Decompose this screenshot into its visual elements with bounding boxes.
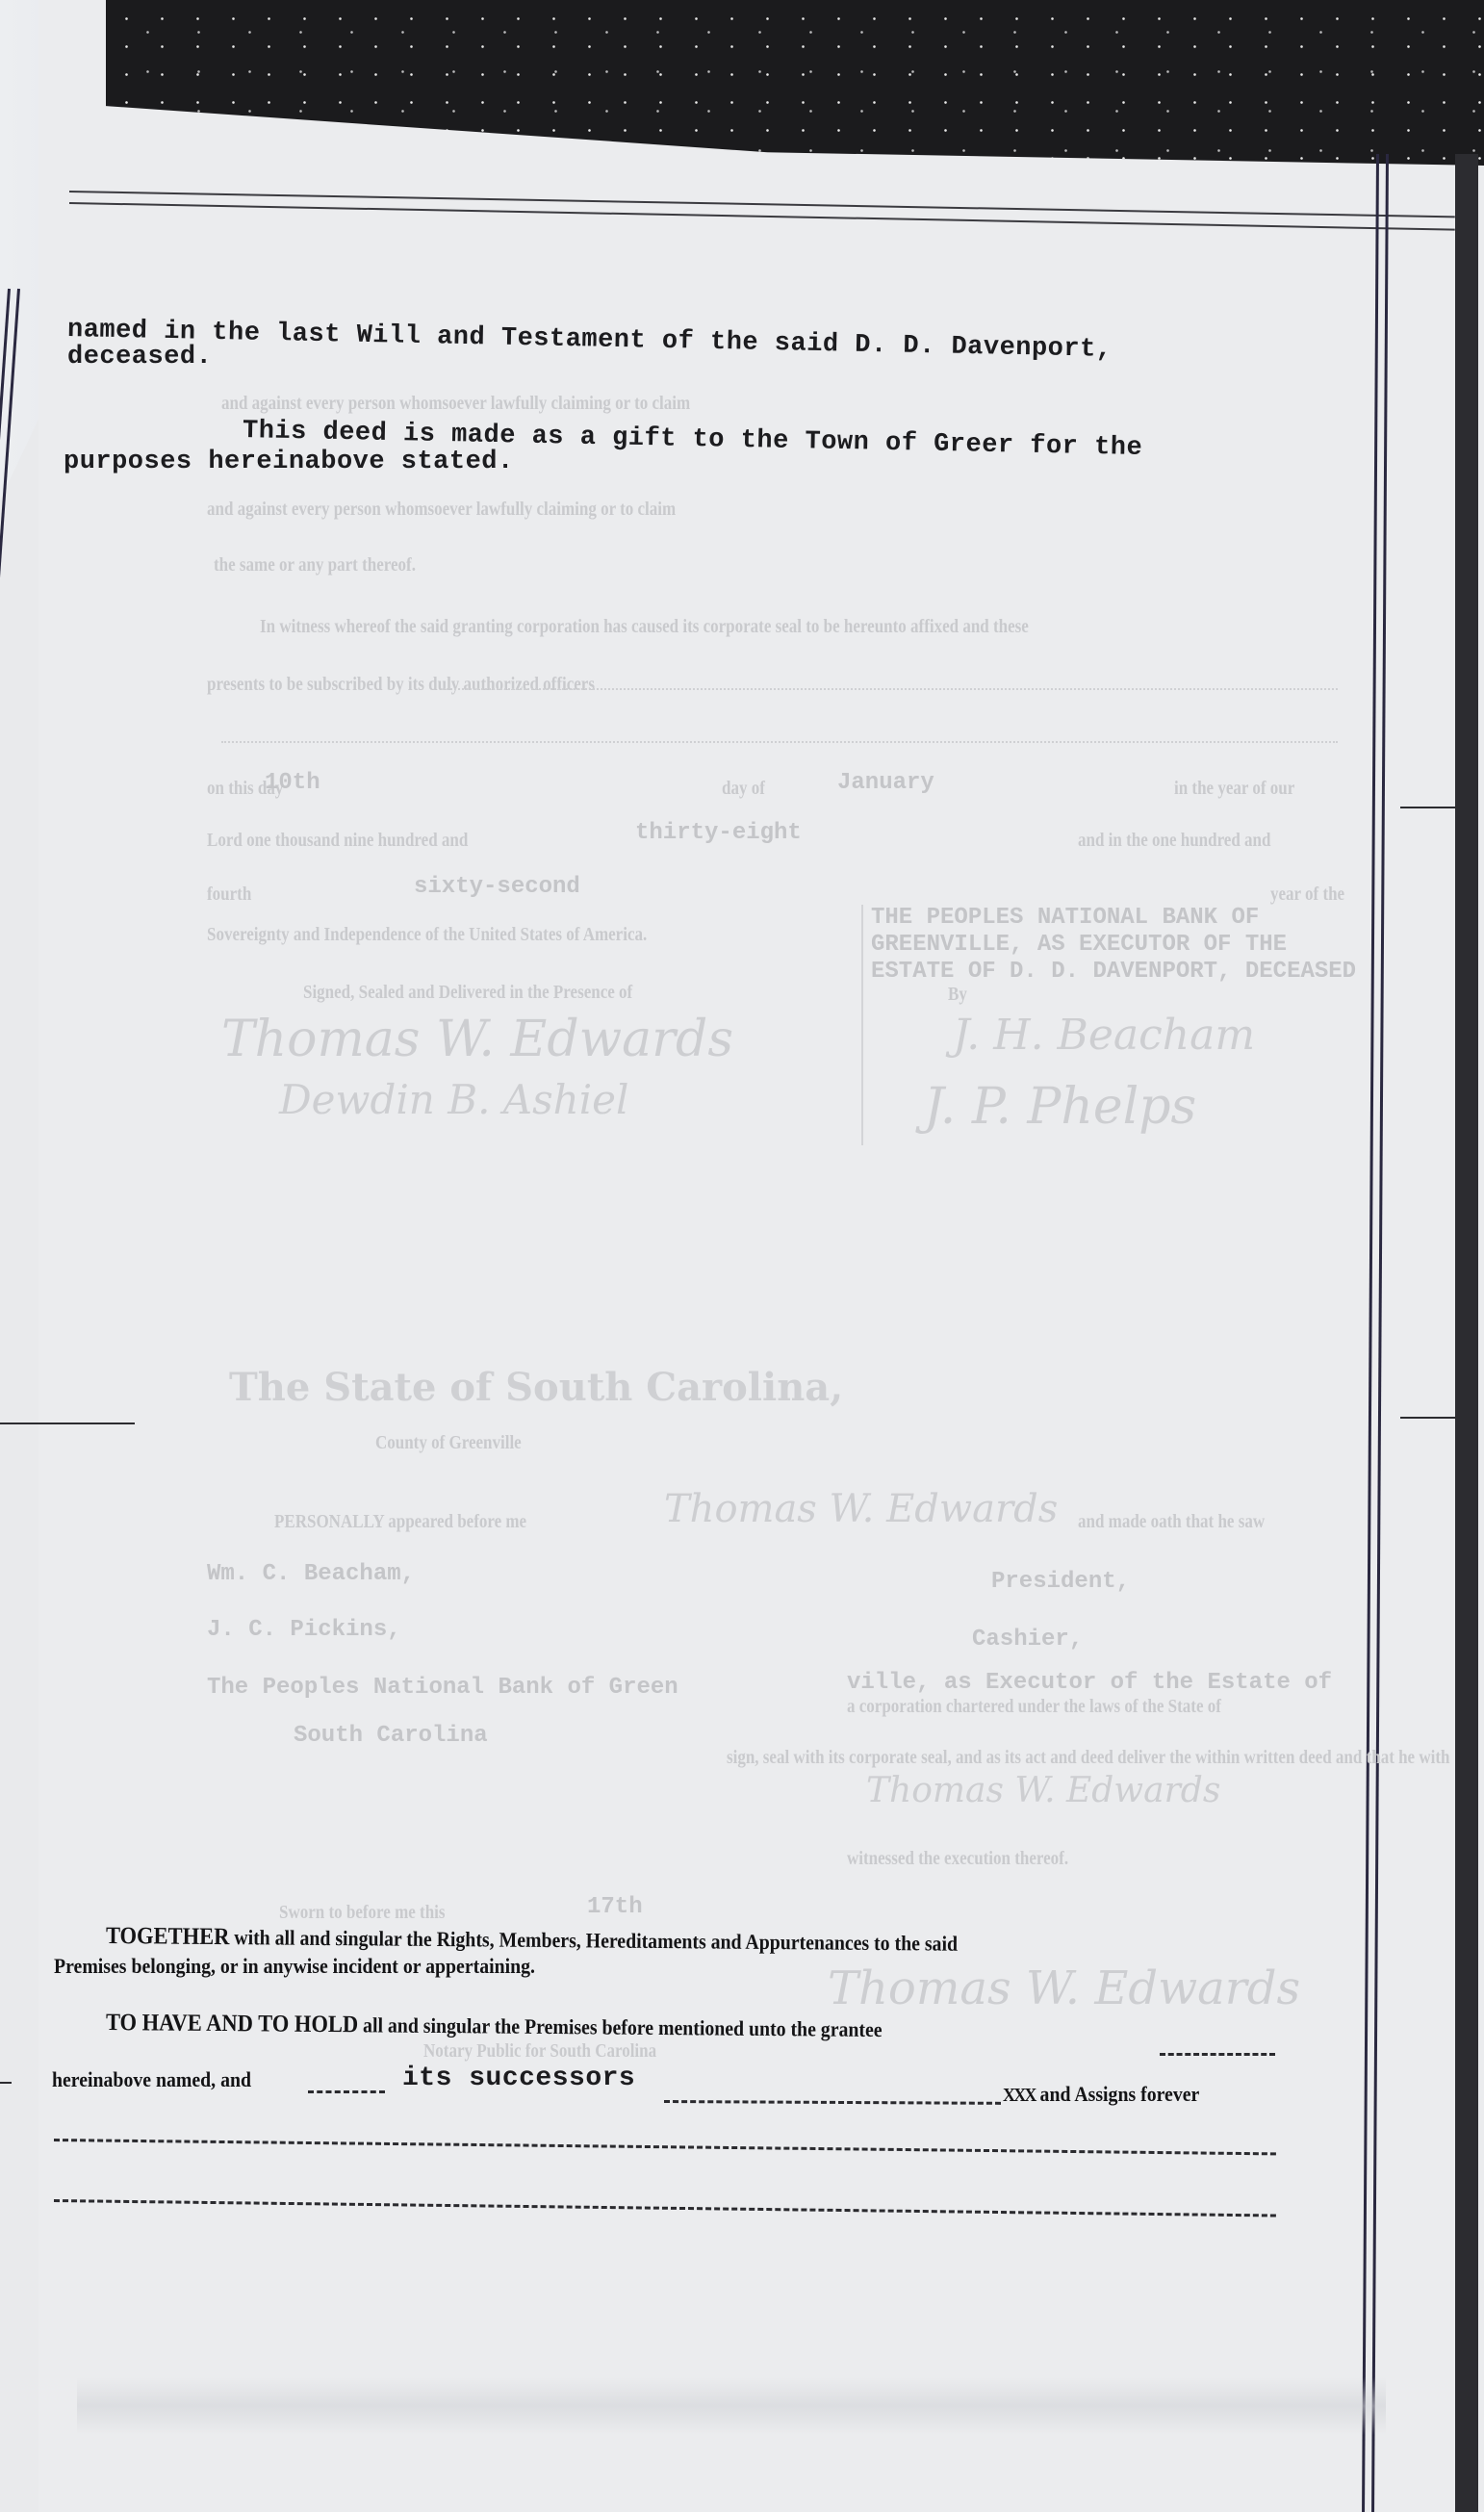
- bleed-year-words: thirty-eight: [635, 820, 802, 846]
- assigns-line: XXX and Assigns forever: [1003, 2082, 1199, 2107]
- bleed-same-line: the same or any part thereof.: [214, 554, 416, 577]
- bleed-signature-divider: [861, 905, 863, 1145]
- successors-typed: its successors: [402, 2063, 635, 2093]
- bleed-year-prefix: in the year of our: [1174, 778, 1294, 800]
- bleed-sovereignty: Sovereignty and Independence of the Unit…: [207, 924, 647, 946]
- bleed-notary-signature: Thomas W. Edwards: [828, 1961, 1300, 2015]
- bleed-witness-line-1: In witness whereof the said granting cor…: [260, 616, 1029, 638]
- bleed-personally: PERSONALLY appeared before me: [274, 1511, 526, 1533]
- assigns-forever: and Assigns forever: [1040, 2082, 1200, 2106]
- bleed-bank-line: The Peoples National Bank of Green: [207, 1675, 678, 1701]
- bleed-county: County of Greenville: [375, 1432, 522, 1454]
- bleed-state-title: The State of South Carolina,: [229, 1365, 843, 1410]
- bleed-independence-prefix: and in the one hundred and: [1078, 830, 1270, 852]
- grantee-blank: [1160, 2053, 1275, 2056]
- left-margin-tick: [0, 1423, 135, 1424]
- bleed-sworn-day: 17th: [587, 1894, 643, 1920]
- bleed-independence-year: sixty-second: [414, 874, 580, 900]
- bleed-witnessed: witnessed the execution thereof.: [847, 1848, 1068, 1870]
- bleed-officer-signature-1: J. H. Beacham: [953, 1011, 1255, 1060]
- bleed-state-sc: South Carolina: [294, 1723, 488, 1749]
- typed-line-2: deceased.: [67, 343, 212, 372]
- bleed-witness-signature-2: Dewdin B. Ashiel: [279, 1076, 628, 1123]
- bottom-smudge: [77, 2377, 1386, 2435]
- right-page-edge: [1455, 154, 1478, 2512]
- bleed-notary-label: Notary Public for South Carolina: [423, 2040, 656, 2063]
- bleed-day-of: day of: [722, 778, 765, 800]
- bleed-signed-sealed: Signed, Sealed and Delivered in the Pres…: [303, 982, 632, 1004]
- bleed-officer-2-title: Cashier,: [972, 1627, 1083, 1653]
- bleed-officer-1-title: President,: [991, 1569, 1130, 1595]
- bleed-personally-name: Thomas W. Edwards: [664, 1487, 1058, 1531]
- bleed-officer-1: Wm. C. Beacham,: [207, 1561, 415, 1587]
- bleed-month: January: [837, 770, 934, 796]
- heirs-struck-out: XXX: [1003, 2085, 1036, 2106]
- bleed-made-oath: and made oath that he saw: [1078, 1511, 1265, 1533]
- bleed-sign-text: sign, seal with its corporate seal, and …: [727, 1747, 1449, 1769]
- bleed-year-of-the: year of the: [1270, 884, 1344, 906]
- bleed-dotline: [443, 688, 1338, 690]
- successors-blank-left: [308, 2090, 385, 2093]
- bleed-grantor-line-2: GREENVILLE, AS EXECUTOR OF THE: [871, 932, 1287, 958]
- habendum-rest: all and singular the Premises before men…: [363, 2012, 883, 2041]
- bleed-officer-by: By: [948, 984, 967, 1006]
- bleed-lord-text: Lord one thousand nine hundred and: [207, 830, 468, 852]
- hereinabove-label: hereinabove named, and: [52, 2067, 251, 2092]
- bleed-witness-name: Thomas W. Edwards: [866, 1771, 1220, 1810]
- bleed-sworn: Sworn to before me this: [279, 1902, 446, 1924]
- right-margin-tick: [1400, 1417, 1458, 1419]
- bleed-heirs-line: and against every person whomsoever lawf…: [221, 393, 690, 415]
- bleed-dotline: [221, 741, 1338, 743]
- deed-page: [38, 0, 1484, 2512]
- bleed-witness-line-2: presents to be subscribed by its duly au…: [207, 674, 595, 696]
- bleed-bank-line-2: ville, as Executor of the Estate of: [847, 1670, 1332, 1696]
- together-rest: with all and singular the Rights, Member…: [234, 1925, 958, 1956]
- typed-line-4: purposes hereinabove stated.: [64, 448, 514, 476]
- bleed-grantor-line-3: ESTATE OF D. D. DAVENPORT, DECEASED: [871, 959, 1356, 985]
- bleed-day: 10th: [265, 770, 320, 796]
- together-clause-line-2: Premises belonging, or in anywise incide…: [54, 1954, 535, 1979]
- bleed-warranty-line: and against every person whomsoever lawf…: [207, 499, 676, 521]
- bleed-officer-signature-2: J. P. Phelps: [924, 1078, 1196, 1136]
- left-margin-tick-lower: [0, 2082, 12, 2084]
- right-margin-tick-upper: [1400, 807, 1458, 808]
- bleed-fourth-label: fourth: [207, 884, 251, 906]
- bleed-witness-signature-1: Thomas W. Edwards: [221, 1011, 733, 1068]
- bleed-officer-2: J. C. Pickins,: [207, 1617, 401, 1643]
- bleed-corp-text: a corporation chartered under the laws o…: [847, 1696, 1221, 1718]
- together-caps: TOGETHER: [106, 1923, 230, 1950]
- bleed-grantor-line-1: THE PEOPLES NATIONAL BANK OF: [871, 905, 1259, 931]
- habendum-caps: TO HAVE AND TO HOLD: [106, 2010, 358, 2038]
